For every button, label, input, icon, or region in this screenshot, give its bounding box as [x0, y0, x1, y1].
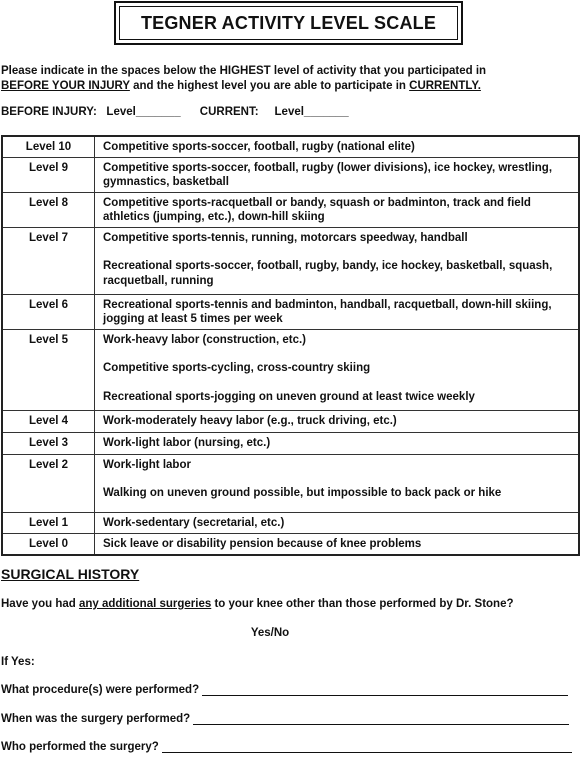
current-level-field[interactable]: CURRENT: Level_______ — [181, 106, 349, 118]
activity-description: Competitive sports-soccer, football, rug… — [103, 140, 572, 155]
level-cell: Level 1 — [2, 512, 95, 533]
level-cell: Level 6 — [2, 294, 95, 329]
procedure-input[interactable] — [202, 683, 568, 696]
table-row: Level 7Competitive sports-tennis, runnin… — [2, 227, 579, 294]
question-text: Have you had — [1, 598, 79, 610]
activity-description: Competitive sports-racquetball or bandy,… — [103, 196, 572, 225]
before-injury-level-field[interactable]: BEFORE INJURY: Level_______ — [1, 106, 181, 118]
question-emphasis: any additional surgeries — [79, 598, 211, 610]
description-cell: Work-light labor (nursing, etc.) — [95, 432, 580, 454]
table-row: Level 6Recreational sports-tennis and ba… — [2, 294, 579, 329]
table-row: Level 5Work-heavy labor (construction, e… — [2, 329, 579, 410]
level-cell: Level 3 — [2, 432, 95, 454]
table-row: Level 0Sick leave or disability pension … — [2, 533, 579, 555]
description-cell: Sick leave or disability pension because… — [95, 533, 580, 555]
activity-description: Work-light labor (nursing, etc.) — [103, 436, 572, 451]
activity-description: Sick leave or disability pension because… — [103, 537, 572, 552]
table-row: Level 8Competitive sports-racquetball or… — [2, 192, 579, 227]
page-title: TEGNER ACTIVITY LEVEL SCALE — [119, 6, 458, 40]
additional-surgeries-question: Have you had any additional surgeries to… — [1, 598, 514, 610]
instructions: Please indicate in the spaces below the … — [1, 64, 581, 94]
instructions-text-2: and the highest level you are able to pa… — [130, 80, 409, 92]
surgeon-field-row: Who performed the surgery? — [1, 740, 572, 753]
surgeon-label: Who performed the surgery? — [1, 741, 159, 753]
level-cell: Level 4 — [2, 410, 95, 432]
activity-description: Recreational sports-tennis and badminton… — [103, 298, 572, 327]
before-injury-emphasis: BEFORE YOUR INJURY — [1, 80, 130, 92]
if-yes-label: If Yes: — [1, 656, 35, 668]
yes-no-answer[interactable]: Yes/No — [0, 627, 540, 639]
description-cell: Recreational sports-tennis and badminton… — [95, 294, 580, 329]
activity-description: Competitive sports-cycling, cross-countr… — [103, 361, 572, 376]
procedure-field-row: What procedure(s) were performed? — [1, 683, 568, 696]
description-cell: Competitive sports-racquetball or bandy,… — [95, 192, 580, 227]
description-cell: Competitive sports-soccer, football, rug… — [95, 136, 580, 157]
activity-description: Recreational sports-jogging on uneven gr… — [103, 390, 572, 405]
instructions-text-1: Please indicate in the spaces below the … — [1, 65, 486, 77]
currently-emphasis: CURRENTLY. — [409, 80, 481, 92]
activity-description: Recreational sports-soccer, football, ru… — [103, 259, 572, 288]
activity-description: Competitive sports-soccer, football, rug… — [103, 161, 572, 190]
table-row: Level 10Competitive sports-soccer, footb… — [2, 136, 579, 157]
table-row: Level 3Work-light labor (nursing, etc.) — [2, 432, 579, 454]
description-cell: Work-sedentary (secretarial, etc.) — [95, 512, 580, 533]
level-cell: Level 0 — [2, 533, 95, 555]
activity-description: Work-moderately heavy labor (e.g., truck… — [103, 414, 572, 429]
description-cell: Competitive sports-tennis, running, moto… — [95, 227, 580, 294]
title-box: TEGNER ACTIVITY LEVEL SCALE — [114, 1, 463, 45]
table-row: Level 4Work-moderately heavy labor (e.g.… — [2, 410, 579, 432]
activity-description: Work-light labor — [103, 458, 572, 473]
table-row: Level 9Competitive sports-soccer, footba… — [2, 157, 579, 192]
level-cell: Level 8 — [2, 192, 95, 227]
surgery-date-field-row: When was the surgery performed? — [1, 712, 569, 725]
table-row: Level 2Work-light laborWalking on uneven… — [2, 454, 579, 512]
surgery-date-label: When was the surgery performed? — [1, 713, 190, 725]
level-cell: Level 7 — [2, 227, 95, 294]
activity-description: Competitive sports-tennis, running, moto… — [103, 231, 572, 246]
procedure-label: What procedure(s) were performed? — [1, 684, 199, 696]
surgery-date-input[interactable] — [193, 712, 569, 725]
level-cell: Level 9 — [2, 157, 95, 192]
activity-scale-table: Level 10Competitive sports-soccer, footb… — [1, 135, 580, 556]
description-cell: Competitive sports-soccer, football, rug… — [95, 157, 580, 192]
level-entry-line: BEFORE INJURY: Level_______ CURRENT: Lev… — [1, 106, 349, 118]
question-text-end: to your knee other than those performed … — [211, 598, 513, 610]
level-cell: Level 10 — [2, 136, 95, 157]
description-cell: Work-heavy labor (construction, etc.)Com… — [95, 329, 580, 410]
surgeon-input[interactable] — [162, 740, 572, 753]
description-cell: Work-light laborWalking on uneven ground… — [95, 454, 580, 512]
activity-description: Walking on uneven ground possible, but i… — [103, 486, 572, 501]
description-cell: Work-moderately heavy labor (e.g., truck… — [95, 410, 580, 432]
activity-description: Work-heavy labor (construction, etc.) — [103, 333, 572, 348]
level-cell: Level 5 — [2, 329, 95, 410]
surgical-history-heading: SURGICAL HISTORY — [1, 566, 139, 582]
activity-description: Work-sedentary (secretarial, etc.) — [103, 516, 572, 531]
table-row: Level 1Work-sedentary (secretarial, etc.… — [2, 512, 579, 533]
level-cell: Level 2 — [2, 454, 95, 512]
